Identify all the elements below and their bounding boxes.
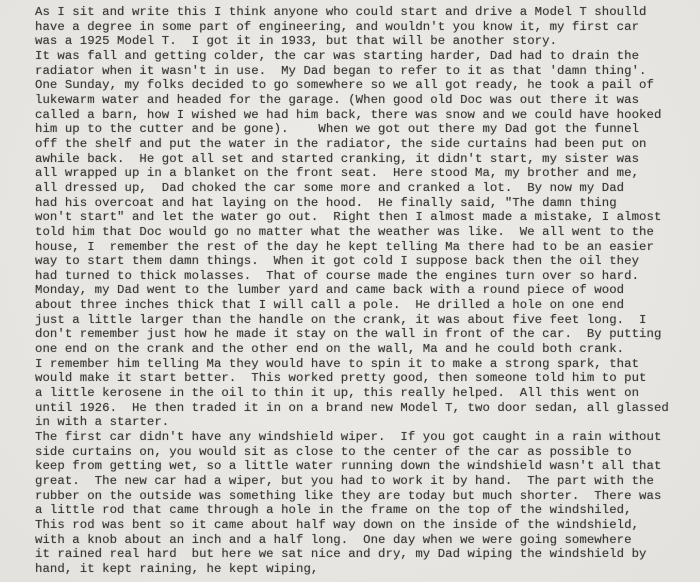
text-line: one end on the crank and the other end o… <box>35 342 684 357</box>
text-line: with a knob about an inch and a half lon… <box>35 533 684 548</box>
text-line: about three inches thick that I will cal… <box>35 298 684 313</box>
typewritten-text: As I sit and write this I think anyone w… <box>35 5 684 577</box>
text-line: don't remember just how he made it stay … <box>35 327 684 342</box>
text-line: As I sit and write this I think anyone w… <box>35 5 684 20</box>
text-line: keep from getting wet, so a little water… <box>35 459 684 474</box>
text-line: house, I remember the rest of the day he… <box>35 240 684 255</box>
text-line: would make it start better. This worked … <box>35 371 684 386</box>
text-line: I remember him telling Ma they would hav… <box>35 357 684 372</box>
text-line: was a 1925 Model T. I got it in 1933, bu… <box>35 34 684 49</box>
text-line: have a degree in some part of engineerin… <box>35 20 684 35</box>
text-line: in with a starter. <box>35 415 684 430</box>
text-line: had turned to thick molasses. That of co… <box>35 269 684 284</box>
text-line: This rod was bent so it came about half … <box>35 518 684 533</box>
text-line: all dressed up, Dad choked the car some … <box>35 181 684 196</box>
text-line: had his overcoat and hat laying on the h… <box>35 196 684 211</box>
text-line: told him that Doc would go no matter wha… <box>35 225 684 240</box>
text-line: a little rod that came through a hole in… <box>35 503 684 518</box>
text-line: called a barn, how I wished we had him b… <box>35 108 684 123</box>
text-line: a little kerosene in the oil to thin it … <box>35 386 684 401</box>
text-line: It was fall and getting colder, the car … <box>35 49 684 64</box>
text-line: all wrapped up in a blanket on the front… <box>35 166 684 181</box>
text-line: won't start" and let the water go out. R… <box>35 210 684 225</box>
typewriter-page: As I sit and write this I think anyone w… <box>0 0 700 582</box>
text-line: hand, it kept raining, he kept wiping, <box>35 562 684 577</box>
text-line: until 1926. He then traded it in on a br… <box>35 401 684 416</box>
text-line: side curtains on, you would sit as close… <box>35 445 684 460</box>
text-line: lukewarm water and headed for the garage… <box>35 93 684 108</box>
text-line: off the shelf and put the water in the r… <box>35 137 684 152</box>
text-line: it rained real hard but here we sat nice… <box>35 547 684 562</box>
text-line: him up to the cutter and be gone). When … <box>35 122 684 137</box>
text-line: great. The new car had a wiper, but you … <box>35 474 684 489</box>
text-line: The first car didn't have any windshield… <box>35 430 684 445</box>
text-line: just a little larger than the handle on … <box>35 313 684 328</box>
text-line: awhile back. He got all set and started … <box>35 152 684 167</box>
text-line: radiator when it wasn't in use. My Dad b… <box>35 64 684 79</box>
text-line: way to start them damn things. When it g… <box>35 254 684 269</box>
text-line: One Sunday, my folks decided to go somew… <box>35 78 684 93</box>
text-line: rubber on the outside was something like… <box>35 489 684 504</box>
text-line: Monday, my Dad went to the lumber yard a… <box>35 283 684 298</box>
